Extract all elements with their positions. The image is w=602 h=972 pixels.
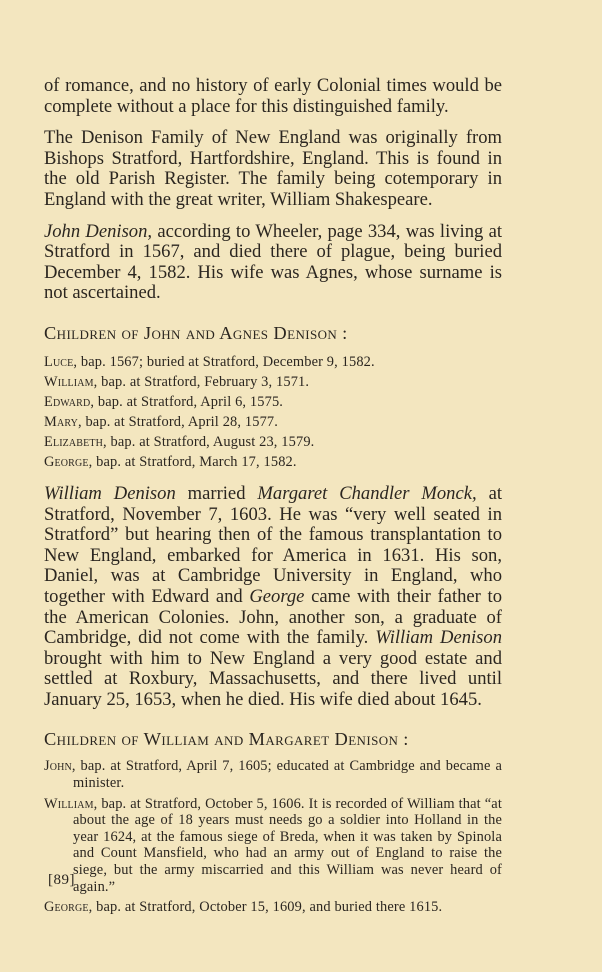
list-item: William, bap. at Stratford, October 5, 1… <box>44 796 502 896</box>
children-list-john-agnes: Luce, bap. 1567; buried at Stratford, De… <box>44 352 502 472</box>
paragraph-william-denison: William Denison married Margaret Chandle… <box>44 484 502 711</box>
child-details: , bap. at Stratford, August 23, 1579. <box>103 434 314 450</box>
person-name-italic: William Denison <box>375 627 502 648</box>
list-item: George, bap. at Stratford, October 15, 1… <box>44 899 502 916</box>
paragraph-john-denison: John Denison, according to Wheeler, page… <box>44 222 502 304</box>
list-item: Elizabeth, bap. at Stratford, August 23,… <box>44 432 502 452</box>
list-item: Mary, bap. at Stratford, April 28, 1577. <box>44 412 502 432</box>
list-item: George, bap. at Stratford, March 17, 158… <box>44 452 502 472</box>
child-details: , bap. at Stratford, February 3, 1571. <box>94 374 310 390</box>
child-details: , bap. at Stratford, October 5, 1606. It… <box>73 796 502 895</box>
book-page: of romance, and no history of early Colo… <box>0 0 602 972</box>
section-heading-william-margaret-children: Children of William and Margaret Denison… <box>44 728 502 750</box>
child-details: , bap. at Stratford, April 6, 1575. <box>90 394 283 410</box>
child-details: , bap. 1567; buried at Stratford, Decemb… <box>73 354 374 370</box>
paragraph-family-origin: The Denison Family of New England was or… <box>44 128 502 210</box>
child-details: , bap. at Stratford, March 17, 1582. <box>89 454 297 470</box>
page-number: [89] <box>48 872 75 889</box>
paragraph-text: The Denison Family of New England was or… <box>44 127 502 210</box>
child-name: Mary <box>44 414 78 430</box>
paragraph-intro-continuation: of romance, and no history of early Colo… <box>44 76 502 117</box>
child-name: George <box>44 899 89 915</box>
list-item: Luce, bap. 1567; buried at Stratford, De… <box>44 352 502 372</box>
child-details: , bap. at Stratford, April 28, 1577. <box>78 414 278 430</box>
list-item: Edward, bap. at Stratford, April 6, 1575… <box>44 392 502 412</box>
list-item: William, bap. at Stratford, February 3, … <box>44 372 502 392</box>
paragraph-text: of romance, and no history of early Colo… <box>44 75 502 117</box>
child-name: Edward <box>44 394 90 410</box>
child-name: William <box>44 796 94 812</box>
children-list-william-margaret: John, bap. at Stratford, April 7, 1605; … <box>44 758 502 915</box>
section-heading-john-agnes-children: Children of John and Agnes Denison : <box>44 322 502 344</box>
text-column: of romance, and no history of early Colo… <box>44 76 502 920</box>
child-name: John <box>44 758 72 774</box>
child-details: , bap. at Stratford, April 7, 1605; educ… <box>72 758 502 791</box>
paragraph-text: brought with him to New England a very g… <box>44 648 502 710</box>
person-name-italic: John Denison, <box>44 221 152 242</box>
person-name-italic: William Denison <box>44 483 176 504</box>
paragraph-text: married <box>176 483 258 504</box>
child-name: Luce <box>44 354 73 370</box>
child-name: Elizabeth <box>44 434 103 450</box>
list-item: John, bap. at Stratford, April 7, 1605; … <box>44 758 502 791</box>
child-name: George <box>44 454 89 470</box>
child-details: , bap. at Stratford, October 15, 1609, a… <box>89 899 443 915</box>
person-name-italic: George <box>249 586 304 607</box>
person-name-italic: Margaret Chandler Monck, <box>257 483 476 504</box>
child-name: William <box>44 374 94 390</box>
